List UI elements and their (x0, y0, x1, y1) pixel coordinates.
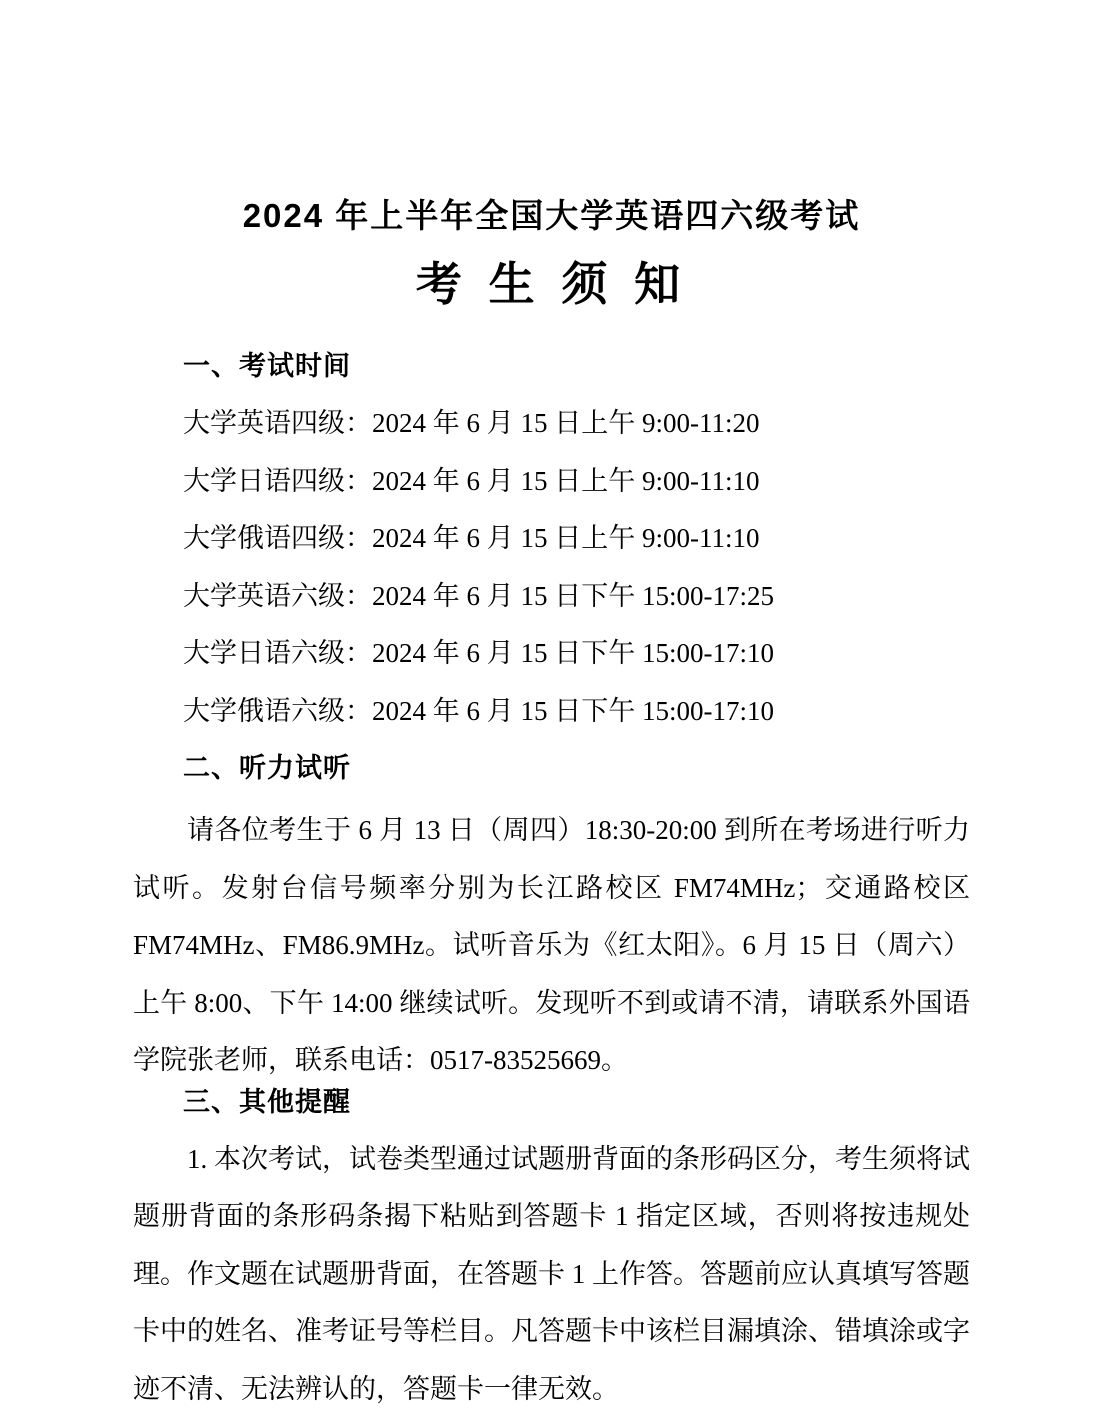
other-reminders-paragraph: 1. 本次考试，试卷类型通过试题册背面的条形码区分，考生须将试题册背面的条形码条… (133, 1131, 970, 1419)
listening-test-paragraph: 请各位考生于 6 月 13 日（周四）18:30-20:00 到所在考场进行听力… (133, 802, 970, 1090)
section-other-reminders: 三、其他提醒 1. 本次考试，试卷类型通过试题册背面的条形码区分，考生须将试题册… (133, 1074, 970, 1419)
section-exam-time: 一、考试时间 大学英语四级：2024 年 6 月 15 日上午 9:00-11:… (133, 338, 970, 740)
document-subtitle: 考 生 须 知 (133, 252, 970, 316)
exam-time-line-cet4-japanese: 大学日语四级：2024 年 6 月 15 日上午 9:00-11:10 (183, 453, 970, 511)
exam-time-line-cet6-japanese: 大学日语六级：2024 年 6 月 15 日下午 15:00-17:10 (183, 625, 970, 683)
section-heading-listening-test: 二、听力试听 (183, 740, 970, 797)
section-heading-exam-time: 一、考试时间 (183, 338, 970, 395)
exam-time-line-cet6-russian: 大学俄语六级：2024 年 6 月 15 日下午 15:00-17:10 (183, 683, 970, 741)
exam-time-line-cet4-russian: 大学俄语四级：2024 年 6 月 15 日上午 9:00-11:10 (183, 510, 970, 568)
section-listening-test: 二、听力试听 请各位考生于 6 月 13 日（周四）18:30-20:00 到所… (133, 740, 970, 1090)
document-page: 2024 年上半年全国大学英语四六级考试 考 生 须 知 一、考试时间 大学英语… (0, 0, 1102, 1427)
exam-time-line-cet6-english: 大学英语六级：2024 年 6 月 15 日下午 15:00-17:25 (183, 568, 970, 626)
document-title: 2024 年上半年全国大学英语四六级考试 (133, 0, 970, 240)
exam-time-line-cet4-english: 大学英语四级：2024 年 6 月 15 日上午 9:00-11:20 (183, 395, 970, 453)
